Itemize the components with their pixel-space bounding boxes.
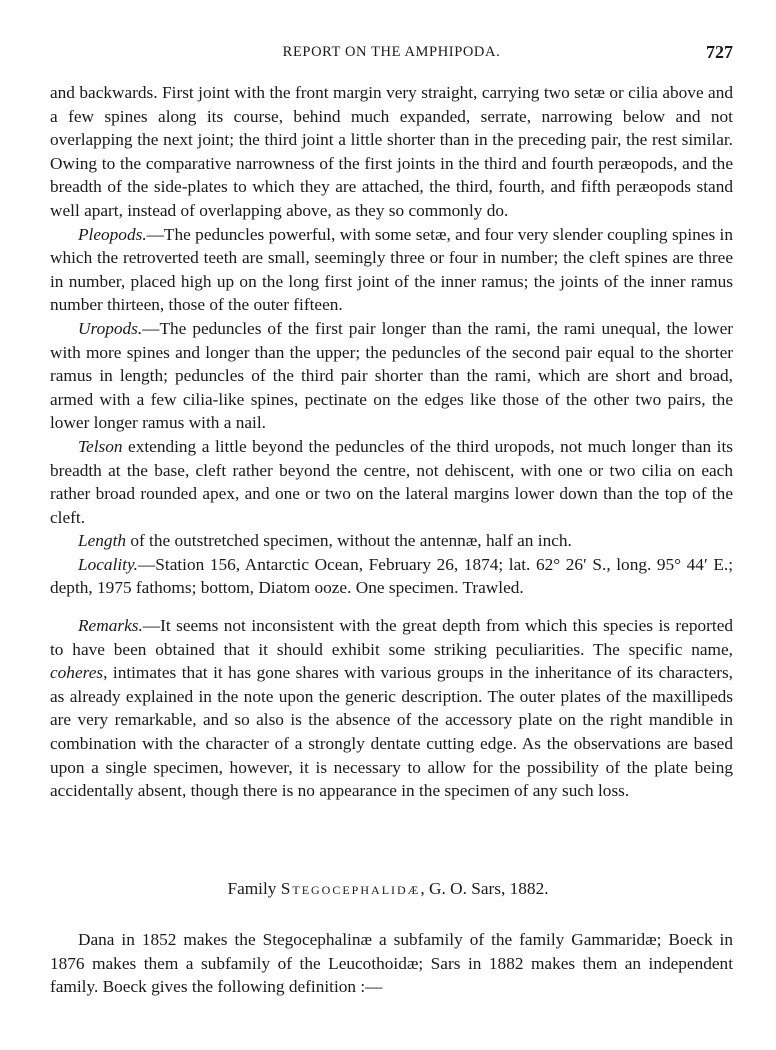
page-number: 727 (706, 42, 733, 63)
section-label: Remarks. (78, 616, 143, 635)
species-name: coheres (50, 663, 103, 682)
section-label: Uropods. (78, 319, 142, 338)
section-label: Locality. (78, 555, 138, 574)
paragraph-text: —The peduncles powerful, with some setæ,… (50, 225, 733, 315)
running-title: REPORT ON THE AMPHIPODA. (50, 44, 733, 61)
paragraph-remarks: Remarks.—It seems not inconsistent with … (50, 614, 733, 803)
family-description: Dana in 1852 makes the Stegocephalinæ a … (50, 928, 733, 999)
family-prefix: Family (227, 879, 280, 898)
paragraph-text: Dana in 1852 makes the Stegocephalinæ a … (50, 930, 733, 996)
paragraph-uropods: Uropods.—The peduncles of the first pair… (50, 317, 733, 435)
species-description: and backwards. First joint with the fron… (50, 81, 733, 803)
section-label: Pleopods. (78, 225, 147, 244)
paragraph-text: of the outstretched specimen, without th… (126, 531, 572, 550)
family-authority: , G. O. Sars, 1882. (420, 879, 548, 898)
paragraph-text: —Station 156, Antarctic Ocean, February … (50, 555, 733, 598)
section-label: Telson (78, 437, 123, 456)
paragraph-text: , intimates that it has gone shares with… (50, 663, 733, 800)
paragraph-telson: Telson extending a little beyond the ped… (50, 435, 733, 529)
paragraph-family: Dana in 1852 makes the Stegocephalinæ a … (50, 928, 733, 999)
paragraph-text: extending a little beyond the peduncles … (50, 437, 733, 527)
paragraph-text: —It seems not inconsistent with the grea… (50, 616, 733, 659)
section-label: Length (78, 531, 126, 550)
family-name: Stegocephalidæ (281, 879, 421, 898)
running-header: REPORT ON THE AMPHIPODA. 727 (50, 44, 733, 66)
family-heading: Family Stegocephalidæ, G. O. Sars, 1882. (0, 879, 776, 899)
document-page: REPORT ON THE AMPHIPODA. 727 and backwar… (0, 0, 776, 1050)
paragraph-text: —The peduncles of the first pair longer … (50, 319, 733, 432)
paragraph-text: and backwards. First joint with the fron… (50, 83, 733, 220)
paragraph-continuation: and backwards. First joint with the fron… (50, 81, 733, 223)
paragraph-length: Length of the outstretched specimen, wit… (50, 529, 733, 553)
paragraph-pleopods: Pleopods.—The peduncles powerful, with s… (50, 223, 733, 317)
paragraph-locality: Locality.—Station 156, Antarctic Ocean, … (50, 553, 733, 600)
